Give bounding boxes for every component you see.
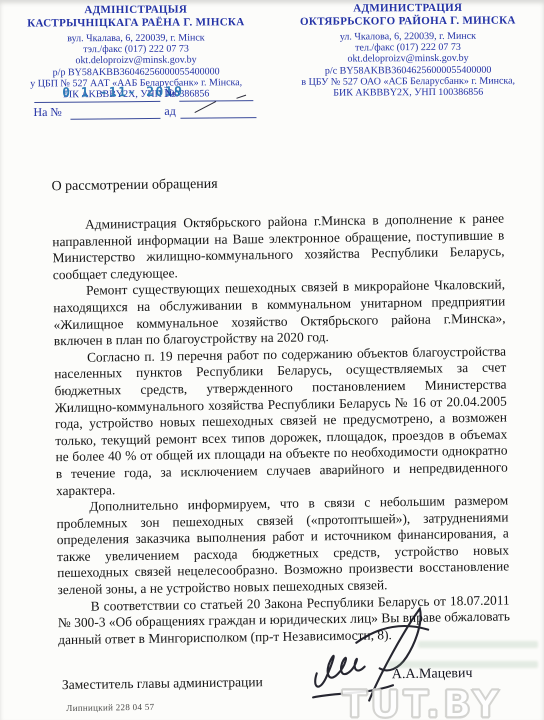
paragraph-regulation: Согласно п. 19 перечня работ по содержан… bbox=[54, 343, 508, 499]
executor-phone-note: Липницкий 228 04 57 bbox=[66, 702, 154, 713]
scanned-letter-page: АДМІНІСТРАЦЫЯ КАСТРЫЧНІЦКАГА РАЁНА Г. МІ… bbox=[0, 0, 544, 720]
letter-subject: О рассмотрении обращения bbox=[51, 177, 217, 195]
letter-body: Администрация Октябрьского района г.Минс… bbox=[52, 211, 510, 649]
paragraph-repair-plan: Ремонт существующих пешеходных связей в … bbox=[53, 277, 506, 350]
tutby-watermark: TUT.BY bbox=[342, 683, 502, 720]
ink-bleed-artifact bbox=[418, 641, 538, 648]
paragraph-intro: Администрация Октябрьского района г.Минс… bbox=[52, 211, 505, 284]
paragraph-additional-info: Дополнительно информируем, что в связи с… bbox=[56, 493, 509, 599]
letter-content: О рассмотрении обращения Администрация О… bbox=[0, 0, 544, 720]
signer-position: Заместитель главы администрации bbox=[62, 674, 263, 693]
ink-bleed-artifact bbox=[388, 661, 538, 668]
